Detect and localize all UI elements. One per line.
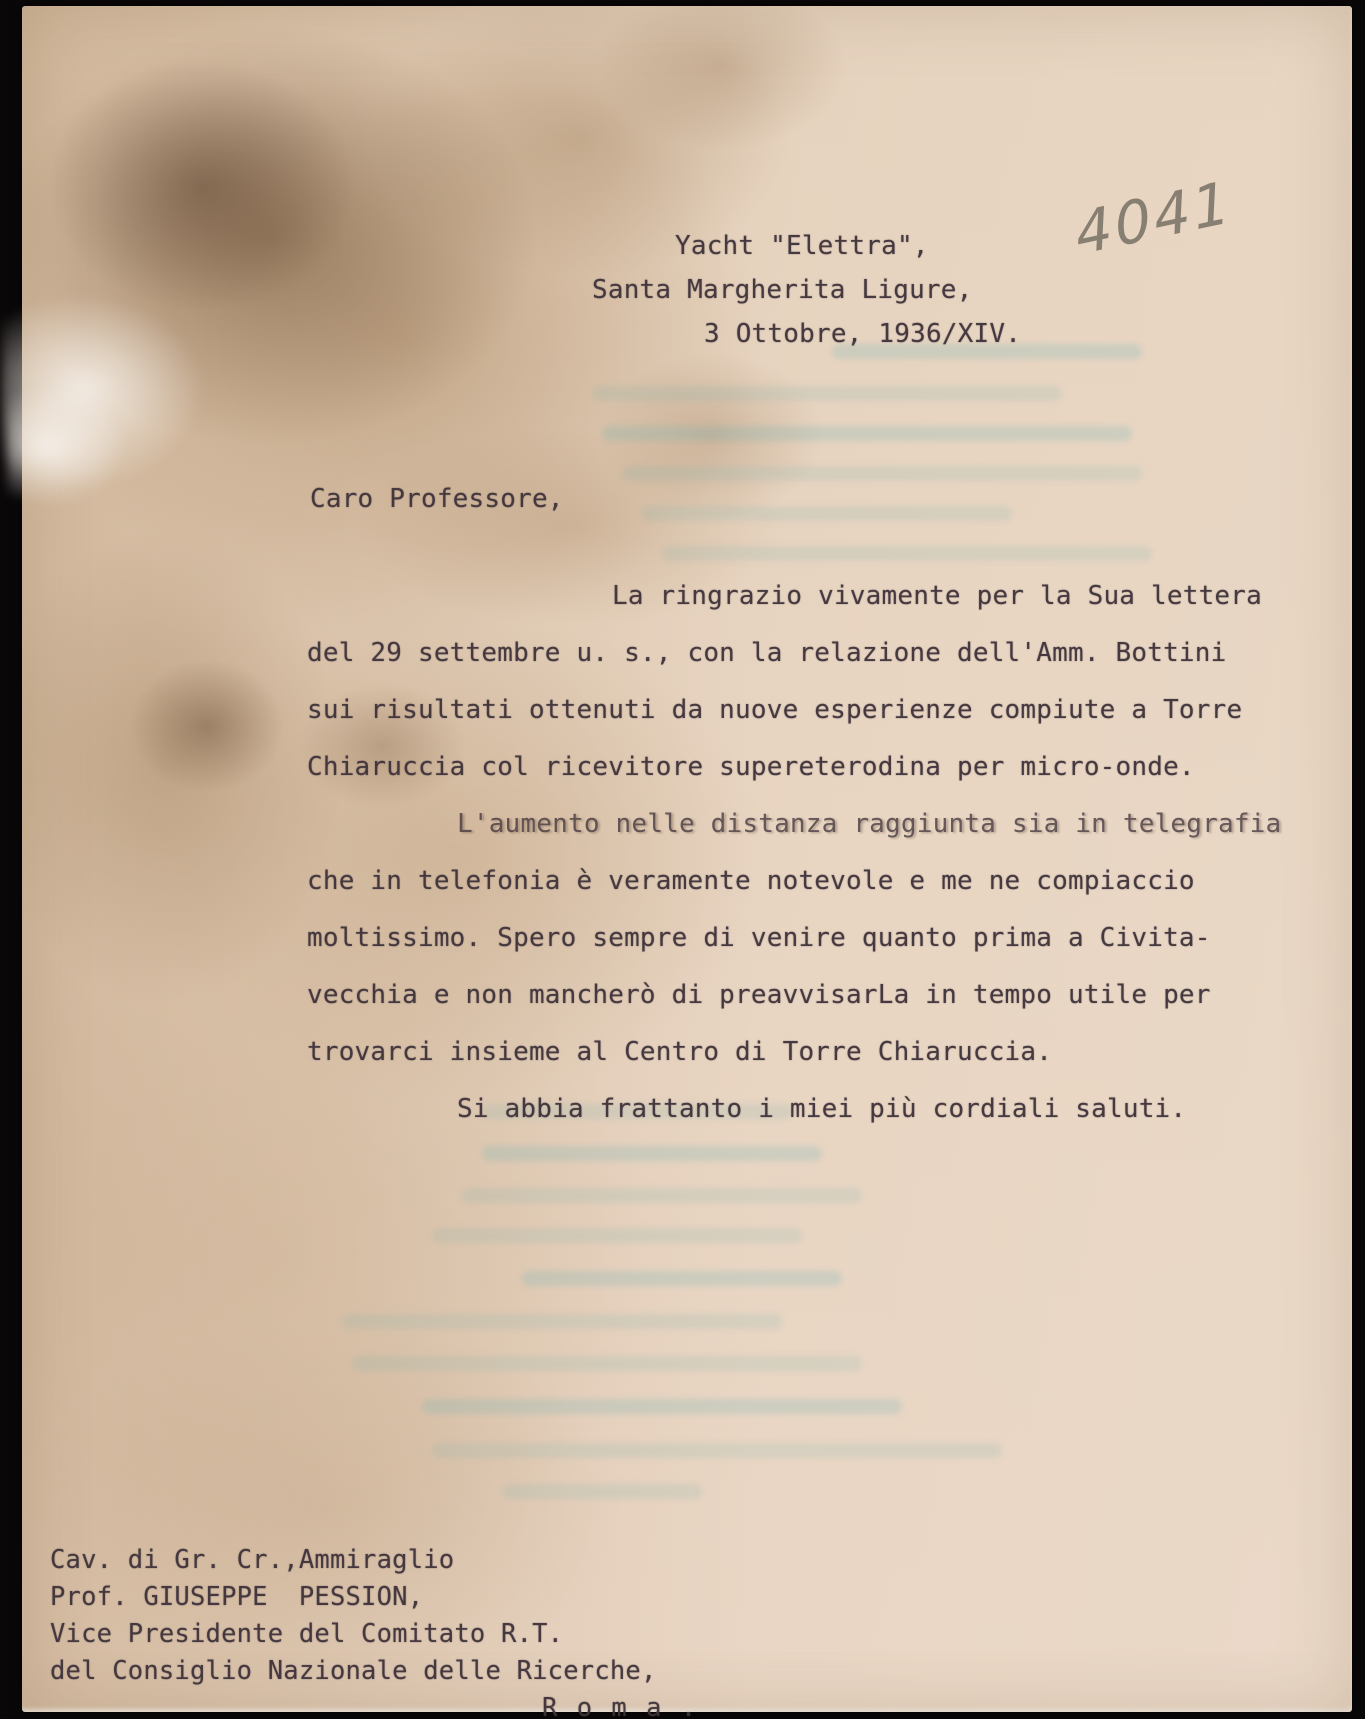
recipient-line: del Consiglio Nazionale delle Ricerche, xyxy=(50,1653,698,1690)
letterhead-yacht: Yacht "Elettra", xyxy=(675,224,929,268)
body-line: del 29 settembre u. s., con la relazione… xyxy=(307,625,1281,682)
recipient-line: Vice Presidente del Comitato R.T. xyxy=(50,1616,698,1653)
body-line: Chiaruccia col ricevitore supereterodina… xyxy=(307,739,1281,796)
recipient-address: Cav. di Gr. Cr.,Ammiraglio Prof. GIUSEPP… xyxy=(50,1542,698,1719)
bleed-through-text xyxy=(602,426,1132,441)
archival-number-pencil: 4041 xyxy=(1071,168,1237,269)
salutation: Caro Professore, xyxy=(310,484,564,514)
body-line: L'aumento nelle distanza raggiunta sia i… xyxy=(307,796,1281,853)
bleed-through-text xyxy=(522,1271,842,1286)
body-line: moltissimo. Spero sempre di venire quant… xyxy=(307,910,1281,967)
bleed-through-text xyxy=(662,546,1152,561)
recipient-line: Prof. GIUSEPPE PESSION, xyxy=(50,1579,698,1616)
bleed-through-text xyxy=(622,466,1142,481)
letter-page: 4041 Yacht "Elettra", Santa Margherita L… xyxy=(22,6,1352,1712)
body-line: vecchia e non mancherò di preavvisarLa i… xyxy=(307,967,1281,1024)
body-line: trovarci insieme al Centro di Torre Chia… xyxy=(307,1024,1281,1081)
scan-background: 4041 Yacht "Elettra", Santa Margherita L… xyxy=(0,0,1365,1719)
body-line: La ringrazio vivamente per la Sua letter… xyxy=(307,568,1281,625)
bleed-through-text xyxy=(352,1356,862,1371)
torn-paper-patch xyxy=(2,296,202,486)
body-line: sui risultati ottenuti da nuove esperien… xyxy=(307,682,1281,739)
bleed-through-text xyxy=(342,1314,782,1329)
letter-body: La ringrazio vivamente per la Sua letter… xyxy=(307,568,1281,1138)
recipient-line: Cav. di Gr. Cr.,Ammiraglio xyxy=(50,1542,698,1579)
recipient-city: R o m a . xyxy=(50,1690,698,1719)
letterhead-date: 3 Ottobre, 1936/XIV. xyxy=(704,312,1021,356)
bleed-through-text xyxy=(422,1399,902,1414)
body-line: Si abbia frattanto i miei più cordiali s… xyxy=(307,1081,1281,1138)
bleed-through-text xyxy=(642,506,1012,521)
bleed-through-text xyxy=(482,1146,822,1161)
bleed-through-text xyxy=(502,1484,702,1499)
bleed-through-text xyxy=(432,1228,802,1243)
body-line: che in telefonia è veramente notevole e … xyxy=(307,853,1281,910)
torn-paper-patch xyxy=(7,386,127,506)
letterhead-place: Santa Margherita Ligure, xyxy=(592,268,972,312)
bleed-through-text xyxy=(462,1188,862,1203)
bleed-through-text xyxy=(592,386,1062,401)
bleed-through-text xyxy=(432,1443,1002,1458)
